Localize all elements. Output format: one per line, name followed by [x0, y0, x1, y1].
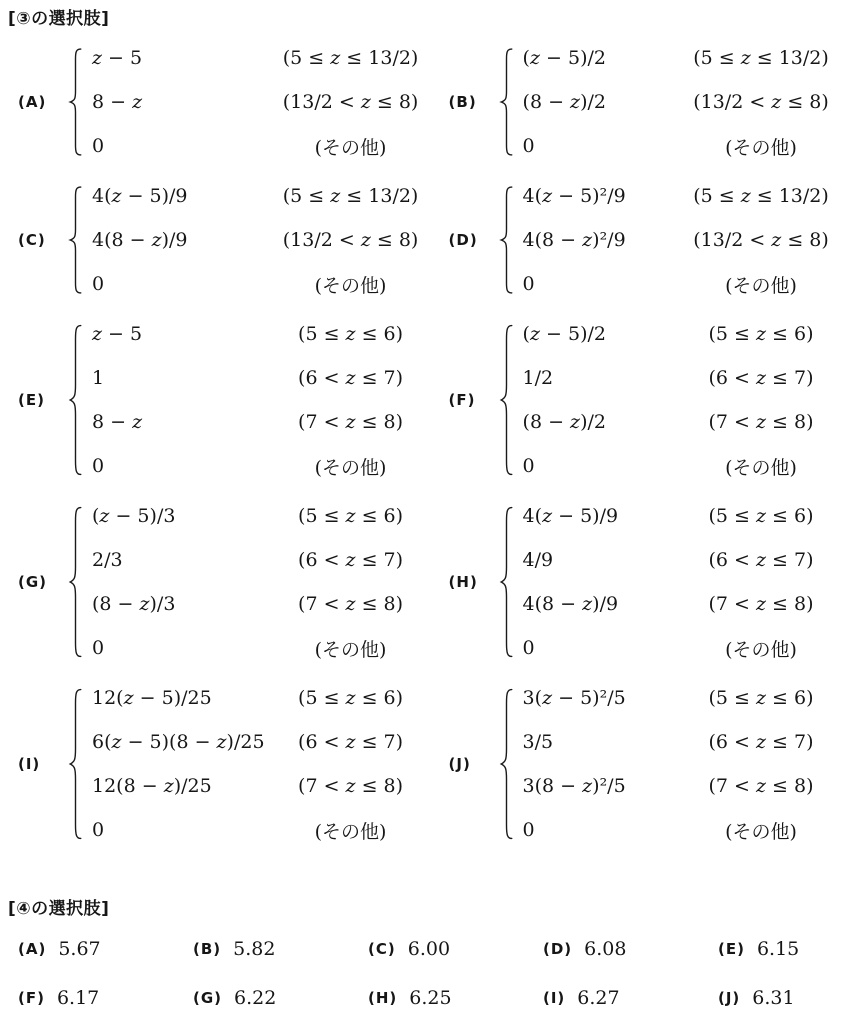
case-condition: (6 < z ≤ 7): [265, 549, 437, 571]
option-B: (B) 5.82: [193, 924, 368, 973]
case-row: 6(z − 5)(8 − z)/25 (6 < z ≤ 7): [92, 720, 437, 764]
choice-F: (F) (z − 5)/2 (5 ≤ z ≤ 6) 1/2 (6 < z ≤ 7…: [449, 312, 847, 488]
case-row: 0 (その他): [92, 808, 437, 852]
option-label: (F): [18, 989, 45, 1007]
case-row: 4(8 − z)/9 (13/2 < z ≤ 8): [92, 218, 437, 262]
case-row: (8 − z)/3 (7 < z ≤ 8): [92, 582, 437, 626]
case-condition: (その他): [675, 133, 847, 160]
option-label: (J): [718, 989, 740, 1007]
case-condition: (5 ≤ z ≤ 13/2): [265, 185, 437, 207]
case-list: (z − 5)/2 (5 ≤ z ≤ 6) 1/2 (6 < z ≤ 7) (8…: [523, 312, 847, 488]
option-value: 6.31: [752, 987, 794, 1009]
case-row: (z − 5)/2 (5 ≤ z ≤ 13/2): [523, 36, 847, 80]
case-condition: (その他): [265, 271, 437, 298]
curly-brace-icon: [68, 186, 83, 294]
option-label: (E): [718, 940, 745, 958]
case-row: z − 5 (5 ≤ z ≤ 13/2): [92, 36, 437, 80]
curly-brace-icon: [499, 688, 514, 840]
option-value: 6.25: [409, 987, 451, 1009]
case-formula: 1/2: [523, 367, 675, 389]
case-formula: (8 − z)/3: [92, 593, 265, 615]
choice-A: (A) z − 5 (5 ≤ z ≤ 13/2) 8 − z (13/2 < z…: [18, 36, 437, 168]
option-value: 5.82: [233, 938, 275, 960]
choices-grid: (A) z − 5 (5 ≤ z ≤ 13/2) 8 − z (13/2 < z…: [0, 36, 851, 852]
case-condition: (7 < z ≤ 8): [675, 411, 847, 433]
case-condition: (5 ≤ z ≤ 6): [675, 505, 847, 527]
case-formula: 0: [92, 455, 265, 477]
case-condition: (その他): [675, 453, 847, 480]
case-formula: z − 5: [92, 323, 265, 345]
case-condition: (その他): [265, 817, 437, 844]
case-condition: (5 ≤ z ≤ 6): [675, 323, 847, 345]
case-row: (z − 5)/3 (5 ≤ z ≤ 6): [92, 494, 437, 538]
option-label: (A): [18, 940, 46, 958]
case-condition: (5 ≤ z ≤ 13/2): [675, 185, 847, 207]
choice-label: (D): [449, 231, 499, 249]
case-row: 12(z − 5)/25 (5 ≤ z ≤ 6): [92, 676, 437, 720]
option-label: (D): [543, 940, 572, 958]
choice-label: (H): [449, 573, 499, 591]
case-formula: 0: [523, 135, 675, 157]
option-H: (H) 6.25: [368, 973, 543, 1022]
choice-label: (C): [18, 231, 68, 249]
case-row: 4(8 − z)/9 (7 < z ≤ 8): [523, 582, 847, 626]
option-E: (E) 6.15: [718, 924, 851, 973]
case-row: 4/9 (6 < z ≤ 7): [523, 538, 847, 582]
case-condition: (5 ≤ z ≤ 6): [265, 505, 437, 527]
option-value: 6.22: [234, 987, 276, 1009]
case-condition: (13/2 < z ≤ 8): [265, 91, 437, 113]
choice-label: (E): [18, 391, 68, 409]
case-row: 3(z − 5)²/5 (5 ≤ z ≤ 6): [523, 676, 847, 720]
case-formula: (8 − z)/2: [523, 411, 675, 433]
case-row: (8 − z)/2 (7 < z ≤ 8): [523, 400, 847, 444]
case-condition: (5 ≤ z ≤ 6): [675, 687, 847, 709]
case-formula: (z − 5)/2: [523, 323, 675, 345]
choice-label: (I): [18, 755, 68, 773]
case-condition: (13/2 < z ≤ 8): [265, 229, 437, 251]
case-condition: (5 ≤ z ≤ 13/2): [675, 47, 847, 69]
case-list: z − 5 (5 ≤ z ≤ 6) 1 (6 < z ≤ 7) 8 − z (7…: [92, 312, 437, 488]
case-row: 4(8 − z)²/9 (13/2 < z ≤ 8): [523, 218, 847, 262]
option-value: 6.08: [584, 938, 626, 960]
case-formula: z − 5: [92, 47, 265, 69]
choice-C: (C) 4(z − 5)/9 (5 ≤ z ≤ 13/2) 4(8 − z)/9…: [18, 174, 437, 306]
case-formula: 0: [523, 637, 675, 659]
case-condition: (5 ≤ z ≤ 6): [265, 687, 437, 709]
case-formula: 0: [523, 819, 675, 841]
case-row: 8 − z (13/2 < z ≤ 8): [92, 80, 437, 124]
case-row: 2/3 (6 < z ≤ 7): [92, 538, 437, 582]
case-condition: (13/2 < z ≤ 8): [675, 229, 847, 251]
case-formula: 4(z − 5)/9: [92, 185, 265, 207]
case-row: 0 (その他): [523, 124, 847, 168]
case-condition: (6 < z ≤ 7): [265, 731, 437, 753]
choice-H: (H) 4(z − 5)/9 (5 ≤ z ≤ 6) 4/9 (6 < z ≤ …: [449, 494, 847, 670]
case-list: 12(z − 5)/25 (5 ≤ z ≤ 6) 6(z − 5)(8 − z)…: [92, 676, 437, 852]
case-formula: 2/3: [92, 549, 265, 571]
case-formula: 0: [92, 819, 265, 841]
case-row: (z − 5)/2 (5 ≤ z ≤ 6): [523, 312, 847, 356]
case-formula: 4(8 − z)/9: [92, 229, 265, 251]
case-row: 0 (その他): [523, 626, 847, 670]
curly-brace-icon: [68, 506, 83, 658]
options-grid: (A) 5.67 (B) 5.82 (C) 6.00 (D) 6.08 (E) …: [0, 924, 851, 1022]
option-label: (G): [193, 989, 222, 1007]
case-formula: 0: [523, 455, 675, 477]
case-row: 0 (その他): [92, 626, 437, 670]
case-row: 0 (その他): [92, 124, 437, 168]
curly-brace-icon: [68, 324, 83, 476]
case-formula: 3/5: [523, 731, 675, 753]
case-condition: (7 < z ≤ 8): [265, 775, 437, 797]
choice-D: (D) 4(z − 5)²/9 (5 ≤ z ≤ 13/2) 4(8 − z)²…: [449, 174, 847, 306]
option-A: (A) 5.67: [18, 924, 193, 973]
curly-brace-icon: [499, 506, 514, 658]
option-G: (G) 6.22: [193, 973, 368, 1022]
case-row: 12(8 − z)/25 (7 < z ≤ 8): [92, 764, 437, 808]
case-condition: (6 < z ≤ 7): [675, 549, 847, 571]
case-formula: 1: [92, 367, 265, 389]
case-row: 3/5 (6 < z ≤ 7): [523, 720, 847, 764]
option-label: (H): [368, 989, 397, 1007]
case-condition: (5 ≤ z ≤ 13/2): [265, 47, 437, 69]
case-formula: 12(8 − z)/25: [92, 775, 265, 797]
case-condition: (7 < z ≤ 8): [265, 593, 437, 615]
option-value: 5.67: [58, 938, 100, 960]
case-formula: (z − 5)/3: [92, 505, 265, 527]
case-list: 4(z − 5)²/9 (5 ≤ z ≤ 13/2) 4(8 − z)²/9 (…: [523, 174, 847, 306]
case-list: 3(z − 5)²/5 (5 ≤ z ≤ 6) 3/5 (6 < z ≤ 7) …: [523, 676, 847, 852]
case-formula: 4/9: [523, 549, 675, 571]
case-condition: (7 < z ≤ 8): [675, 775, 847, 797]
case-row: 0 (その他): [523, 444, 847, 488]
case-formula: 6(z − 5)(8 − z)/25: [92, 731, 265, 753]
case-condition: (その他): [675, 635, 847, 662]
case-row: 8 − z (7 < z ≤ 8): [92, 400, 437, 444]
choice-label: (F): [449, 391, 499, 409]
option-D: (D) 6.08: [543, 924, 718, 973]
case-formula: 0: [523, 273, 675, 295]
case-condition: (その他): [265, 453, 437, 480]
case-formula: (z − 5)/2: [523, 47, 675, 69]
curly-brace-icon: [68, 688, 83, 840]
case-row: z − 5 (5 ≤ z ≤ 6): [92, 312, 437, 356]
case-formula: 8 − z: [92, 91, 265, 113]
option-F: (F) 6.17: [18, 973, 193, 1022]
case-row: 0 (その他): [92, 262, 437, 306]
case-condition: (6 < z ≤ 7): [265, 367, 437, 389]
case-row: 4(z − 5)/9 (5 ≤ z ≤ 13/2): [92, 174, 437, 218]
choice-label: (J): [449, 755, 499, 773]
case-list: (z − 5)/3 (5 ≤ z ≤ 6) 2/3 (6 < z ≤ 7) (8…: [92, 494, 437, 670]
case-list: (z − 5)/2 (5 ≤ z ≤ 13/2) (8 − z)/2 (13/2…: [523, 36, 847, 168]
curly-brace-icon: [499, 48, 514, 156]
choice-J: (J) 3(z − 5)²/5 (5 ≤ z ≤ 6) 3/5 (6 < z ≤…: [449, 676, 847, 852]
section4-title: [④の選択肢]: [0, 898, 851, 920]
choice-label: (G): [18, 573, 68, 591]
case-list: 4(z − 5)/9 (5 ≤ z ≤ 13/2) 4(8 − z)/9 (13…: [92, 174, 437, 306]
choice-E: (E) z − 5 (5 ≤ z ≤ 6) 1 (6 < z ≤ 7) 8 − …: [18, 312, 437, 488]
case-condition: (6 < z ≤ 7): [675, 731, 847, 753]
option-I: (I) 6.27: [543, 973, 718, 1022]
case-formula: 8 − z: [92, 411, 265, 433]
case-row: (8 − z)/2 (13/2 < z ≤ 8): [523, 80, 847, 124]
option-value: 6.15: [757, 938, 799, 960]
case-formula: 12(z − 5)/25: [92, 687, 265, 709]
case-row: 1/2 (6 < z ≤ 7): [523, 356, 847, 400]
case-formula: 4(z − 5)/9: [523, 505, 675, 527]
option-value: 6.27: [577, 987, 619, 1009]
case-formula: 4(8 − z)²/9: [523, 229, 675, 251]
case-row: 0 (その他): [523, 808, 847, 852]
choice-label: (A): [18, 93, 68, 111]
case-condition: (13/2 < z ≤ 8): [675, 91, 847, 113]
case-row: 4(z − 5)²/9 (5 ≤ z ≤ 13/2): [523, 174, 847, 218]
choice-label: (B): [449, 93, 499, 111]
case-condition: (6 < z ≤ 7): [675, 367, 847, 389]
case-row: 3(8 − z)²/5 (7 < z ≤ 8): [523, 764, 847, 808]
case-formula: 0: [92, 273, 265, 295]
case-formula: 0: [92, 135, 265, 157]
option-label: (I): [543, 989, 565, 1007]
option-label: (C): [368, 940, 396, 958]
case-condition: (その他): [675, 271, 847, 298]
case-formula: 4(8 − z)/9: [523, 593, 675, 615]
case-formula: (8 − z)/2: [523, 91, 675, 113]
option-C: (C) 6.00: [368, 924, 543, 973]
curly-brace-icon: [68, 48, 83, 156]
case-formula: 3(z − 5)²/5: [523, 687, 675, 709]
choice-G: (G) (z − 5)/3 (5 ≤ z ≤ 6) 2/3 (6 < z ≤ 7…: [18, 494, 437, 670]
option-value: 6.00: [408, 938, 450, 960]
case-row: 4(z − 5)/9 (5 ≤ z ≤ 6): [523, 494, 847, 538]
case-list: 4(z − 5)/9 (5 ≤ z ≤ 6) 4/9 (6 < z ≤ 7) 4…: [523, 494, 847, 670]
case-row: 1 (6 < z ≤ 7): [92, 356, 437, 400]
case-condition: (5 ≤ z ≤ 6): [265, 323, 437, 345]
case-row: 0 (その他): [92, 444, 437, 488]
option-value: 6.17: [57, 987, 99, 1009]
choice-B: (B) (z − 5)/2 (5 ≤ z ≤ 13/2) (8 − z)/2 (…: [449, 36, 847, 168]
curly-brace-icon: [499, 324, 514, 476]
case-condition: (7 < z ≤ 8): [265, 411, 437, 433]
case-condition: (その他): [675, 817, 847, 844]
option-label: (B): [193, 940, 221, 958]
case-row: 0 (その他): [523, 262, 847, 306]
choice-I: (I) 12(z − 5)/25 (5 ≤ z ≤ 6) 6(z − 5)(8 …: [18, 676, 437, 852]
case-condition: (7 < z ≤ 8): [675, 593, 847, 615]
case-formula: 4(z − 5)²/9: [523, 185, 675, 207]
option-J: (J) 6.31: [718, 973, 851, 1022]
curly-brace-icon: [499, 186, 514, 294]
case-condition: (その他): [265, 635, 437, 662]
case-formula: 0: [92, 637, 265, 659]
section3-title: [③の選択肢]: [0, 0, 851, 30]
case-condition: (その他): [265, 133, 437, 160]
case-list: z − 5 (5 ≤ z ≤ 13/2) 8 − z (13/2 < z ≤ 8…: [92, 36, 437, 168]
case-formula: 3(8 − z)²/5: [523, 775, 675, 797]
